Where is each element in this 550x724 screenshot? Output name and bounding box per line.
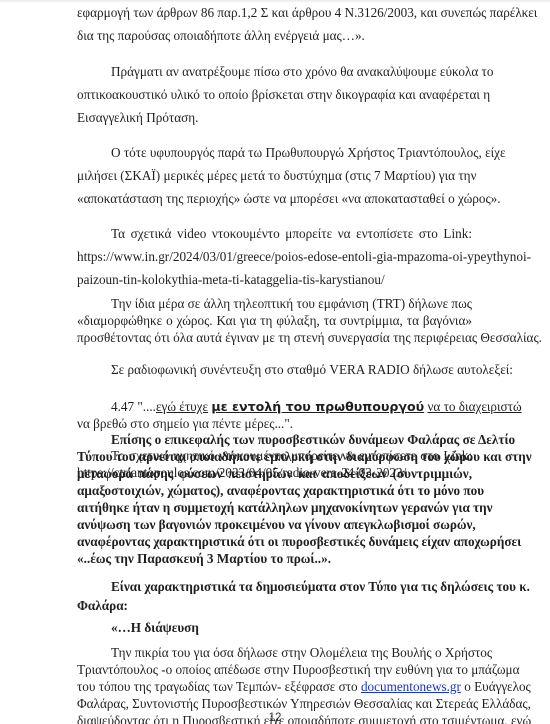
- quote-underlined: εγώ έτυχε: [156, 399, 208, 414]
- url-line[interactable]: paizoun-tin-kolokythia-meta-ti-kataggeli…: [77, 272, 472, 288]
- subheading-denial: «…Η διάψευση: [111, 620, 472, 636]
- page-number: 12: [0, 712, 550, 724]
- text-line: Είναι χαρακτηριστικά τα δημοσιεύματα στο…: [111, 579, 472, 595]
- text-line: Φαλάρας, Συντονιστής Πυροσβεστικών Υπηρε…: [77, 696, 472, 712]
- text-line: Φαλάρα:: [77, 598, 472, 614]
- text-fragment: ο Ευάγγελος: [464, 679, 531, 694]
- text-line: «διαμορφώθηκε ο χώρος. Και για τη φύλαξη…: [77, 313, 472, 329]
- text-line: Πράγματι αν ανατρέξουμε πίσω στο χρόνο θ…: [111, 64, 472, 80]
- text-line: εφαρμογή των άρθρων 86 παρ.1,2 Σ και άρθ…: [77, 5, 472, 21]
- text-line: Εισαγγελική Πρόταση.: [77, 110, 472, 126]
- text-line: «αποκατάσταση της περιοχής» ώστε να μπορ…: [77, 191, 472, 207]
- text-line: Τα σχετικά video ντοκουμέντο μπορείτε να…: [111, 226, 472, 242]
- text-fragment: του τόπου της τραγωδίας των Τεμπών- εξέφ…: [77, 679, 358, 694]
- documentonews-link[interactable]: documentonews.gr: [361, 679, 461, 694]
- text-line: Ο τότε υφυπουργός παρά τω Πρωθυπουργώ Χρ…: [111, 145, 472, 161]
- text-line: Τριαντόπουλος -ο οποίος απέδωσε στην Πυρ…: [77, 662, 472, 678]
- text-line: να βρεθώ στο σημείο για πέντε μέρες...".: [77, 416, 472, 432]
- text-line: του τόπου της τραγωδίας των Τεμπών- εξέφ…: [77, 679, 472, 695]
- text-line: προσθέτοντας ότι όλα αυτά έγιναν με τη σ…: [77, 330, 472, 346]
- text-line: Σε ραδιοφωνική συνέντευξη στο σταθμό VER…: [111, 362, 472, 378]
- text-line: αναφέροντας χαρακτηριστικά ότι οι πυροσβ…: [77, 534, 472, 550]
- quote-underlined: να το διαχειριστώ: [427, 399, 521, 414]
- text-line: οπτικοακουστικό υλικό το οποίο βρίσκεται…: [77, 87, 472, 103]
- text-line: Επίσης ο επικεφαλής των πυροσβεστικών δυ…: [111, 432, 472, 448]
- text-line: Τύπου του αρνείται οποιαδήποτε εμπλοκή σ…: [77, 449, 472, 465]
- text-line: αιτήθηκε ήταν η συμμετοχή κατάλληλων μηχ…: [77, 500, 472, 516]
- text-line: «..έως την Παρασκευή 3 Μαρτίου το πρωί..…: [77, 551, 472, 567]
- text-line: μεταφορά πάσης φύσεων πειστηρίων και απο…: [77, 466, 472, 482]
- text-line: μιλήσει (ΣΚΑΪ) μερικές μέρες μετά το δυσ…: [77, 168, 472, 184]
- text-line: Την πικρία του για όσα δήλωσε στην Ολομέ…: [111, 645, 472, 661]
- text-line: ανύψωση των βαγονιών προκειμένου να γίνο…: [77, 517, 472, 533]
- quote-emphasis: με εντολή του πρωθυπουργού: [211, 399, 424, 414]
- text-line: αμαξοστοιχιών, χώματος), αναφέροντας χαρ…: [77, 483, 472, 499]
- quote-line: 4.47 "....εγώ έτυχε με εντολή του πρωθυπ…: [111, 399, 472, 415]
- text-line: δια της παρούσας οποιαδήποτε άλλη ενέργε…: [77, 28, 472, 44]
- quote-prefix: 4.47 "....: [111, 399, 156, 414]
- page-top-edge: [0, 0, 550, 3]
- text-line: Την ίδια μέρα σε άλλη τηλεοπτική του εμφ…: [111, 296, 472, 312]
- url-line[interactable]: https://www.in.gr/2024/03/01/greece/poio…: [77, 249, 472, 265]
